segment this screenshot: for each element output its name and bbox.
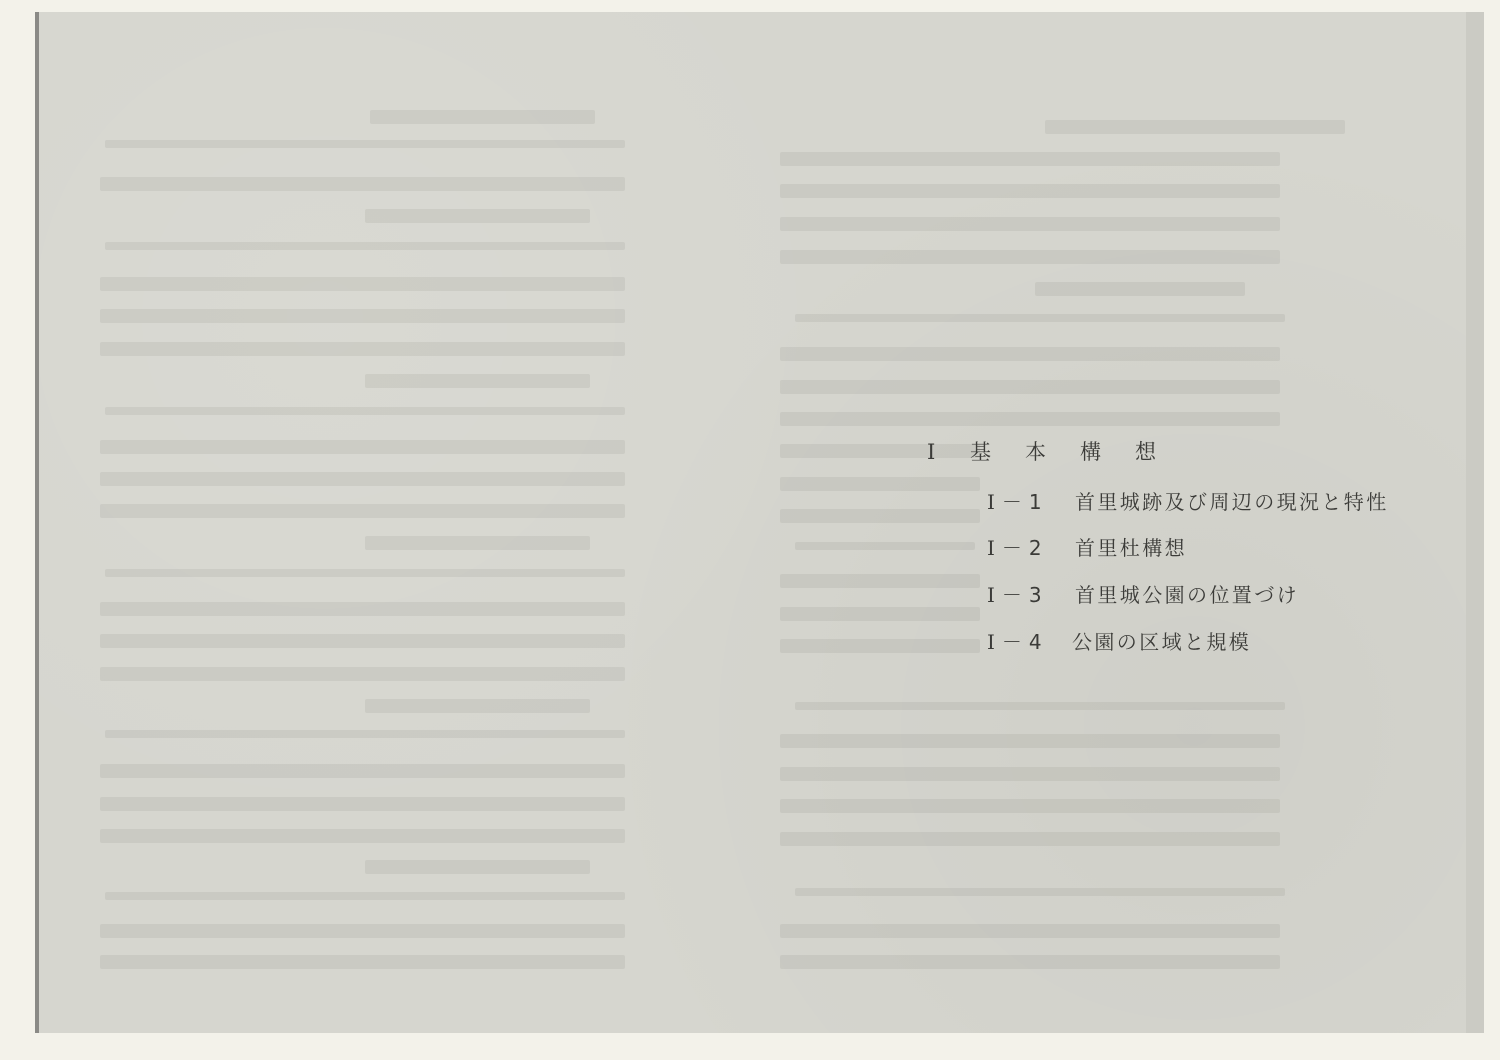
- chapter-number: I: [927, 438, 970, 466]
- section-number: I－4: [987, 628, 1072, 656]
- toc-entry: I－4公園の区域と規模: [987, 628, 1251, 656]
- toc-entry: I－3首里城公園の位置づけ: [987, 581, 1299, 609]
- toc-entry: I－1首里城跡及び周辺の現況と特性: [987, 488, 1389, 516]
- section-number: I－3: [987, 581, 1075, 609]
- chapter-heading: I基本構想: [927, 438, 1190, 466]
- table-of-contents: I基本構想 I－1首里城跡及び周辺の現況と特性 I－2首里杜構想 I－3首里城公…: [0, 0, 1500, 1060]
- section-title: 首里城跡及び周辺の現況と特性: [1075, 490, 1389, 514]
- section-title: 公園の区域と規模: [1072, 630, 1251, 654]
- section-title: 首里杜構想: [1075, 536, 1187, 560]
- chapter-title: 基本構想: [970, 440, 1190, 464]
- section-number: I－1: [987, 488, 1075, 516]
- section-title: 首里城公園の位置づけ: [1075, 583, 1299, 607]
- toc-entry: I－2首里杜構想: [987, 534, 1187, 562]
- section-number: I－2: [987, 534, 1075, 562]
